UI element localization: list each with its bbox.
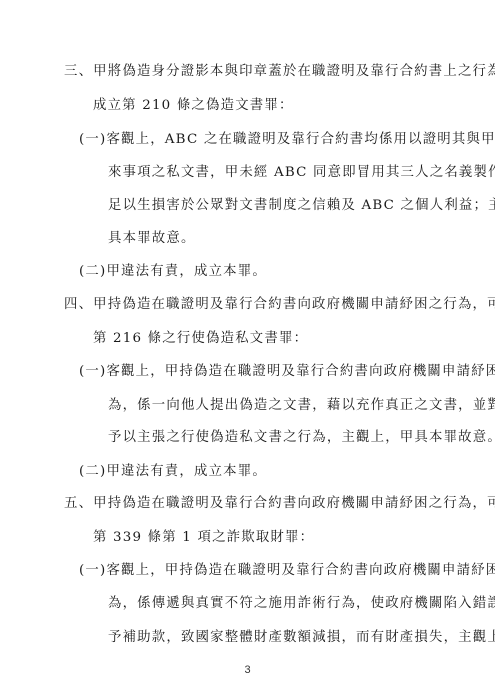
section-four-heading-line-1: 四、甲持偽造在職證明及靠行合約書向政府機關申請紓困之行為，可能成立 (64, 295, 495, 315)
section-five-item-1-line-2: 為，係傳遞與真實不符之施用詐術行為，使政府機關陷入錯誤，並撥 (108, 594, 495, 614)
section-four-item-1-line-3: 予以主張之行使偽造私文書之行為，主觀上，甲具本罪故意。 (108, 428, 495, 448)
section-three-heading-line-1: 三、甲將偽造身分證影本與印章蓋於在職證明及靠行合約書上之行為，可能 (64, 62, 495, 82)
section-five-heading-line-1: 五、甲持偽造在職證明及靠行合約書向政府機關申請紓困之行為，可能成立 (64, 494, 495, 514)
section-five-heading-line-2: 第 339 條第 1 項之詐欺取財罪： (93, 528, 314, 548)
section-four-item-1-line-2: 為，係一向他人提出偽造之文書，藉以充作真正之文書，並對其內容 (108, 396, 495, 416)
section-four-item-2-line-1: (二)甲違法有責，成立本罪。 (79, 462, 267, 482)
section-four-heading-line-2: 第 216 條之行使偽造私文書罪： (93, 329, 308, 349)
section-three-item-2-line-1: (二)甲違法有責，成立本罪。 (79, 262, 267, 282)
section-five-item-1-line-1: (一)客觀上，甲持偽造在職證明及靠行合約書向政府機關申請紓困之行 (79, 561, 495, 581)
document-page: 三、甲將偽造身分證影本與印章蓋於在職證明及靠行合約書上之行為，可能 成立第 21… (0, 0, 495, 700)
section-three-item-1-line-4: 具本罪故意。 (108, 229, 196, 249)
section-three-item-1-line-1: (一)客觀上，ABC 之在職證明及靠行合約書均係用以證明其與甲業務上往 (79, 130, 495, 150)
page-number: 3 (0, 664, 495, 676)
section-three-item-1-line-3: 足以生損害於公眾對文書制度之信賴及 ABC 之個人利益；主觀上，甲 (108, 196, 495, 216)
section-three-item-1-line-2: 來事項之私文書，甲未經 ABC 同意即冒用其三人之名義製作該等文書， (108, 163, 495, 183)
section-three-heading-line-2: 成立第 210 條之偽造文書罪： (93, 96, 294, 116)
section-four-item-1-line-1: (一)客觀上，甲持偽造在職證明及靠行合約書向政府機關申請紓困之行 (79, 362, 495, 382)
section-five-item-1-line-3: 予補助款，致國家整體財產數額減損，而有財產損失，主觀上，甲具有 (108, 628, 495, 648)
